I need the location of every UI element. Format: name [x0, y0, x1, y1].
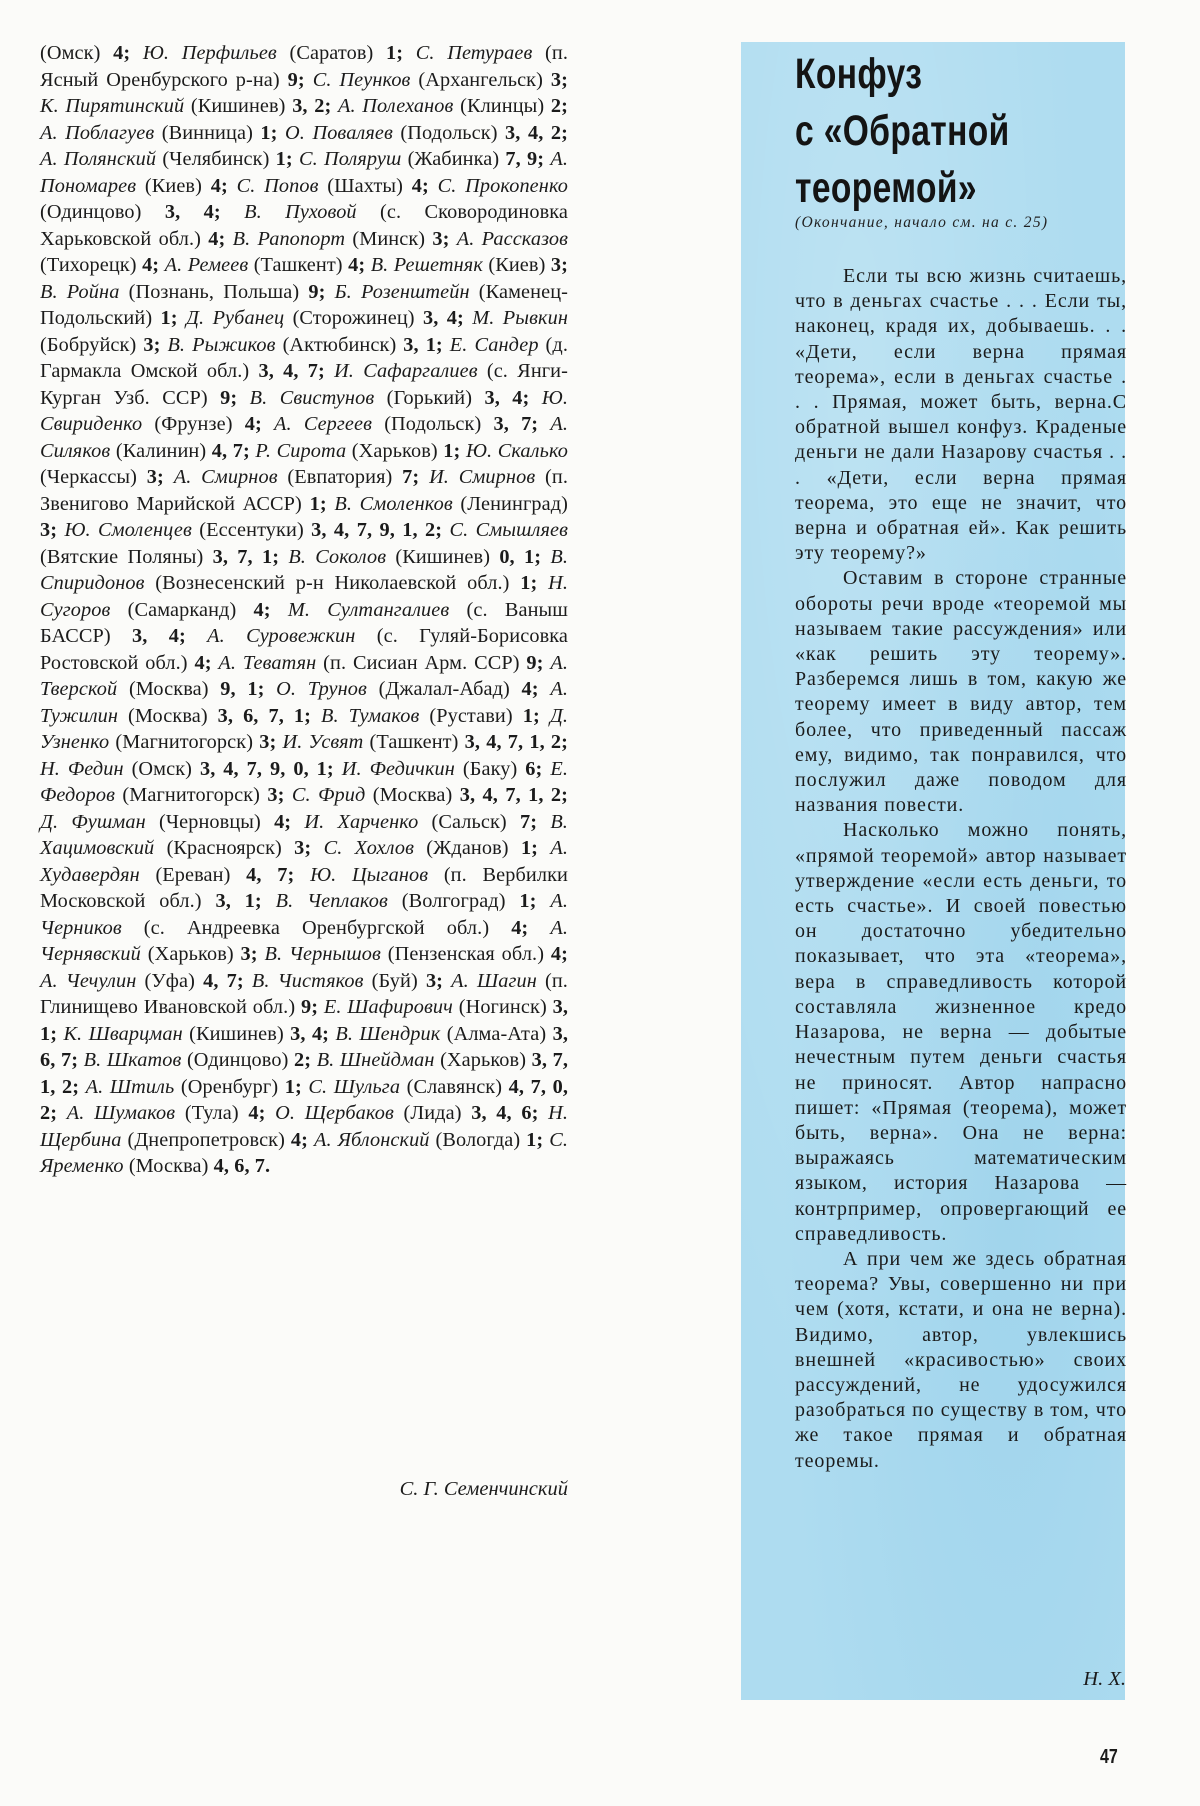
solver-name: Ю. Смоленцев	[64, 519, 199, 541]
solver-place: (Ногинск)	[459, 996, 553, 1018]
solver-name: Ю. Перфильев	[143, 42, 290, 64]
solver-name: С. Прокопенко	[438, 175, 568, 197]
solver-entry: А. Шумаков (Тула) 4;	[67, 1102, 266, 1124]
solver-place: (Ереван)	[155, 864, 246, 886]
solver-entry: О. Поваляев (Подольск) 3, 4, 2;	[285, 122, 568, 144]
solver-problems: 1;	[521, 837, 538, 859]
solver-problems: 3;	[432, 228, 449, 250]
solver-place: (Тихорецк)	[40, 254, 142, 276]
article-author: Н. Х.	[960, 1668, 1126, 1691]
solver-place: (Вологда)	[436, 1129, 527, 1151]
solver-place: (Киев)	[145, 175, 211, 197]
article-subtitle: (Окончание, начало см. на с. 25)	[795, 214, 1125, 232]
solver-name: А. Рассказов	[457, 228, 568, 250]
solver-name: С. Петураев	[416, 42, 545, 64]
solvers-paragraph: (Омск) 4; Ю. Перфильев (Саратов) 1; С. П…	[40, 40, 568, 1180]
solver-place: (Архангельск)	[418, 69, 551, 91]
solver-name: В. Чистяков	[252, 970, 372, 992]
solver-place: (Горький)	[387, 387, 485, 409]
solver-place: (Черкассы)	[40, 466, 147, 488]
solver-problems: 9;	[288, 69, 305, 91]
solver-entry: Ю. Смоленцев (Ессентуки) 3, 4, 7, 9, 1, …	[64, 519, 442, 541]
solver-problems: 3, 1;	[403, 334, 443, 356]
solver-name: Н. Федин	[40, 758, 132, 780]
solver-problems: 3, 6, 7, 1;	[218, 705, 311, 727]
solver-entry: Д. Фушман (Черновцы) 4;	[40, 811, 291, 833]
solver-entry: В. Чеплаков (Волгоград) 1;	[276, 890, 537, 912]
solver-problems: 4;	[142, 254, 159, 276]
solver-problems: 4;	[194, 652, 211, 674]
solver-name: А. Ремеев	[165, 254, 254, 276]
solver-problems: 4;	[248, 1102, 265, 1124]
solver-problems: 3;	[40, 519, 57, 541]
solver-entry: В. Соколов (Кишинев) 0, 1;	[288, 546, 541, 568]
solver-place: (Жданов)	[426, 837, 521, 859]
solver-problems: 4;	[254, 599, 271, 621]
solver-entry: С. Пеунков (Архангельск) 3;	[313, 69, 568, 91]
solver-name: В. Соколов	[288, 546, 395, 568]
solver-problems: 1;	[523, 705, 540, 727]
solver-problems: 3, 4;	[484, 387, 529, 409]
solver-problems: 4;	[208, 228, 225, 250]
solver-problems: 3;	[551, 254, 568, 276]
solver-name: И. Смирнов	[429, 466, 545, 488]
solver-place: (Саратов)	[289, 42, 386, 64]
solver-entry: В. Рыжиков (Актюбинск) 3, 1;	[167, 334, 442, 356]
solver-name: В. Чеплаков	[276, 890, 402, 912]
solver-entry: И. Федичкин (Баку) 6;	[342, 758, 543, 780]
solver-place: (Фрунзе)	[154, 413, 244, 435]
solver-problems: 7;	[520, 811, 537, 833]
solver-name: Е. Сандер	[450, 334, 546, 356]
solver-place: (Кишинев)	[395, 546, 499, 568]
solver-name: И. Усвят	[282, 731, 369, 753]
solver-place: (Вятские Поляны)	[40, 546, 213, 568]
solver-entry: С. Поляруш (Жабинка) 7, 9;	[299, 148, 544, 170]
solver-place: (Магнитогорск)	[122, 784, 267, 806]
solver-name: Б. Розенштейн	[335, 281, 479, 303]
solver-place: (Познань, Польша)	[129, 281, 309, 303]
solver-place: (Красноярск)	[167, 837, 295, 859]
solver-name: А. Полеханов	[338, 95, 460, 117]
solver-name: А. Шагин	[451, 970, 545, 992]
solver-entry: К. Пирятинский (Кишинев) 3, 2;	[40, 95, 331, 117]
solver-problems: 0, 1;	[499, 546, 541, 568]
solver-place: (Ташкент)	[370, 731, 465, 753]
solver-entry: Ю. Перфильев (Саратов) 1;	[143, 42, 403, 64]
solver-place: (Минск)	[352, 228, 432, 250]
solver-entry: В. Чернышов (Пензенская обл.) 4;	[264, 943, 568, 965]
solver-entry: А. Чечулин (Уфа) 4, 7;	[40, 970, 244, 992]
article-body: Если ты всю жизнь считаешь, что в деньга…	[795, 264, 1127, 1474]
solver-name: Ю. Скалько	[466, 440, 568, 462]
solver-name: В. Шендрик	[335, 1023, 446, 1045]
solver-problems: 2;	[551, 95, 568, 117]
solver-name: Ю. Цыганов	[310, 864, 444, 886]
solver-problems: 3, 4, 7, 1, 2;	[465, 731, 568, 753]
solver-entry: И. Харченко (Сальск) 7;	[304, 811, 537, 833]
solver-name: В. Шкатов	[84, 1049, 187, 1071]
solver-problems: 3;	[143, 334, 160, 356]
solver-place: (Черновцы)	[159, 811, 274, 833]
solver-problems: 3, 7;	[494, 413, 539, 435]
solver-place: (Евпатория)	[287, 466, 402, 488]
solver-problems: 9;	[526, 652, 543, 674]
solver-name: С. Поляруш	[299, 148, 408, 170]
solver-place: (Рустави)	[429, 705, 522, 727]
solver-place: (Волгоград)	[402, 890, 520, 912]
solver-problems: 1;	[519, 890, 536, 912]
solver-name: М. Султангалиев	[288, 599, 467, 621]
solver-problems: 4;	[522, 678, 539, 700]
solver-place: (Пензенская обл.)	[388, 943, 551, 965]
solver-problems: 1;	[276, 148, 293, 170]
solver-problems: 3, 4;	[165, 201, 221, 223]
solver-entry: В. Решетняк (Киев) 3;	[371, 254, 568, 276]
solver-place: (Москва)	[373, 784, 460, 806]
solver-name: А. Сергеев	[274, 413, 384, 435]
solver-entry: В. Свистунов (Горький) 3, 4;	[250, 387, 530, 409]
solver-place: (Сторожинец)	[293, 307, 423, 329]
solver-name: А. Теватян	[218, 652, 323, 674]
solver-name: В. Чернышов	[264, 943, 387, 965]
solver-place: (Днепропетровск)	[127, 1129, 290, 1151]
solver-name: И. Сафаргалиев	[334, 360, 487, 382]
solver-name: А. Яблонский	[314, 1129, 436, 1151]
solver-problems: 3, 4, 6;	[471, 1102, 538, 1124]
solver-name: К. Шварцман	[63, 1023, 189, 1045]
solver-place: (Киев)	[488, 254, 551, 276]
solver-problems: 4;	[291, 1129, 308, 1151]
solvers-list: (Омск) 4; Ю. Перфильев (Саратов) 1; С. П…	[40, 40, 568, 1180]
solver-problems: 1;	[285, 1076, 302, 1098]
solver-entry: И. Усвят (Ташкент) 3, 4, 7, 1, 2;	[282, 731, 568, 753]
solver-place: (Омск)	[40, 42, 113, 64]
solver-place: (Ессентуки)	[199, 519, 311, 541]
solver-place: (Подольск)	[384, 413, 493, 435]
solver-entry: В. Ройна (Познань, Польша) 9;	[40, 281, 325, 303]
solver-entry: К. Шварцман (Кишинев) 3, 4;	[63, 1023, 329, 1045]
solver-place: (Уфа)	[144, 970, 203, 992]
solver-entry: С. Попов (Шахты) 4;	[237, 175, 429, 197]
solver-name: С. Хохлов	[324, 837, 427, 859]
solver-place: (п. Сисиан Арм. ССР)	[323, 652, 526, 674]
solver-entry: А. Смирнов (Евпатория) 7;	[174, 466, 420, 488]
solver-place: (Челябинск)	[162, 148, 275, 170]
article-title-line: с «Обратной	[795, 103, 1045, 160]
solver-problems: 1;	[161, 307, 178, 329]
solver-problems: 3, 4, 7, 9, 0, 1;	[200, 758, 334, 780]
solver-problems: 3, 4;	[132, 625, 186, 647]
solver-problems: 7;	[402, 466, 419, 488]
solver-place: (Шахты)	[327, 175, 412, 197]
solver-entry: В. Чистяков (Буй) 3;	[252, 970, 443, 992]
solver-problems: 9;	[301, 996, 318, 1018]
solver-problems: 4, 7;	[203, 970, 244, 992]
solver-name: К. Пирятинский	[40, 95, 191, 117]
solver-problems: 1;	[310, 493, 327, 515]
article-title-line: теоремой»	[795, 160, 1045, 217]
solver-place: (Омск)	[132, 758, 200, 780]
solver-entry: Н. Федин (Омск) 3, 4, 7, 9, 0, 1;	[40, 758, 334, 780]
solver-problems: 3;	[551, 69, 568, 91]
solver-place: (Жабинка)	[408, 148, 506, 170]
solver-name: В. Шнейдман	[317, 1049, 440, 1071]
solver-place: (Самарканд)	[128, 599, 254, 621]
page-number: 47	[1100, 1746, 1118, 1769]
solver-entry: О. Щербаков (Лида) 3, 4, 6;	[275, 1102, 538, 1124]
solver-name: В. Тумаков	[321, 705, 429, 727]
solver-problems: 4;	[113, 42, 130, 64]
solver-name: С. Попов	[237, 175, 328, 197]
solver-place: (Буй)	[372, 970, 426, 992]
solver-place: (Сальск)	[432, 811, 520, 833]
solver-place: (Ташкент)	[254, 254, 348, 276]
article-title: Конфуз с «Обратной теоремой»	[795, 46, 1045, 217]
solver-name: Д. Рубанец	[186, 307, 293, 329]
solver-entry: С. Фрид (Москва) 3, 4, 7, 1, 2;	[292, 784, 568, 806]
solver-problems: 4;	[551, 943, 568, 965]
solver-problems: 4;	[348, 254, 365, 276]
solver-place: (Ленинград)	[460, 493, 568, 515]
solver-entry: В. Шкатов (Одинцово) 2;	[84, 1049, 311, 1071]
solver-place: (Харьков)	[352, 440, 444, 462]
solver-problems: 4;	[211, 175, 228, 197]
solver-place: (Одинцово)	[40, 201, 165, 223]
solver-problems: 1;	[443, 440, 460, 462]
solver-name: С. Пеунков	[313, 69, 419, 91]
solver-place: (Славянск)	[407, 1076, 509, 1098]
solver-place: (Магнитогорск)	[115, 731, 259, 753]
solver-problems: 1;	[386, 42, 403, 64]
solver-entry: Р. Сирота (Харьков) 1;	[255, 440, 460, 462]
solver-entry: (Омск) 4;	[40, 42, 130, 64]
article-paragraph: А при чем же здесь обратная теорема? Увы…	[795, 1247, 1127, 1474]
solver-name: С. Шульга	[308, 1076, 406, 1098]
solver-problems: 6;	[525, 758, 542, 780]
solver-name: О. Щербаков	[275, 1102, 403, 1124]
solver-place: (Москва)	[129, 678, 220, 700]
solver-name: Е. Шафирович	[324, 996, 459, 1018]
solver-problems: 9;	[308, 281, 325, 303]
solver-entry: А. Поблагуев (Винница) 1;	[40, 122, 278, 144]
solver-place: (Лида)	[404, 1102, 472, 1124]
solver-entry: С. Хохлов (Жданов) 1;	[324, 837, 538, 859]
solver-name: А. Штиль	[86, 1076, 181, 1098]
solver-entry: В. Тумаков (Рустави) 1;	[321, 705, 540, 727]
solver-name: С. Смышляев	[449, 519, 568, 541]
solver-problems: 3, 1;	[215, 890, 261, 912]
solver-name: И. Харченко	[304, 811, 431, 833]
solver-name: О. Трунов	[276, 678, 379, 700]
solver-entry: Д. Рубанец (Сторожинец) 3, 4;	[186, 307, 464, 329]
solver-problems: 3, 4, 7;	[258, 360, 324, 382]
solver-name: А. Суровежкин	[207, 625, 377, 647]
solver-problems: 4;	[245, 413, 262, 435]
solver-problems: 3, 4, 7, 9, 1, 2;	[311, 519, 442, 541]
solver-name: А. Шумаков	[67, 1102, 185, 1124]
solver-name: О. Поваляев	[285, 122, 400, 144]
solver-problems: 4, 6, 7.	[214, 1155, 271, 1177]
solver-problems: 3, 4;	[290, 1023, 329, 1045]
solver-entry: О. Трунов (Джалал-Абад) 4;	[276, 678, 539, 700]
solver-name: В. Ройна	[40, 281, 129, 303]
solver-problems: 3, 7, 1;	[213, 546, 279, 568]
solver-place: (Москва)	[128, 705, 218, 727]
solver-problems: 4, 7;	[246, 864, 294, 886]
solver-place: (Калинин)	[116, 440, 212, 462]
solver-problems: 7, 9;	[505, 148, 544, 170]
solver-name: В. Свистунов	[250, 387, 387, 409]
solver-name: А. Полянский	[40, 148, 162, 170]
solver-name: В. Смоленков	[334, 493, 460, 515]
solver-entry: А. Яблонский (Вологда) 1;	[314, 1129, 543, 1151]
solver-problems: 9, 1;	[220, 678, 264, 700]
solver-entry: А. Сергеев (Подольск) 3, 7;	[274, 413, 538, 435]
solver-name: М. Рывкин	[472, 307, 568, 329]
solver-place: (Джалал-Абад)	[379, 678, 522, 700]
solver-name: В. Рыжиков	[167, 334, 282, 356]
solver-place: (Вознесенский р-н Николаевской обл.)	[155, 572, 520, 594]
solver-problems: 3, 4, 7, 1, 2;	[460, 784, 568, 806]
solver-place: (Подольск)	[400, 122, 505, 144]
solver-place: (Кишинев)	[189, 1023, 290, 1045]
solver-name: И. Федичкин	[342, 758, 463, 780]
solver-problems: 1;	[260, 122, 277, 144]
solver-place: (Бобруйск)	[40, 334, 143, 356]
solver-place: (Москва)	[129, 1155, 214, 1177]
solver-problems: 4;	[511, 917, 528, 939]
solver-entry: А. Полянский (Челябинск) 1;	[40, 148, 293, 170]
solver-problems: 4;	[412, 175, 429, 197]
solver-place: (Баку)	[463, 758, 525, 780]
article-title-line: Конфуз	[795, 46, 1045, 103]
solver-problems: 3, 2;	[292, 95, 331, 117]
solver-place: (Тула)	[185, 1102, 249, 1124]
solver-entry: А. Ремеев (Ташкент) 4;	[165, 254, 366, 276]
article-paragraph: Если ты всю жизнь считаешь, что в деньга…	[795, 264, 1127, 566]
solver-problems: 2;	[294, 1049, 311, 1071]
solver-problems: 3;	[294, 837, 311, 859]
solver-name: С. Фрид	[292, 784, 373, 806]
solver-problems: 4;	[274, 811, 291, 833]
solver-place: (Клинцы)	[460, 95, 551, 117]
list-signature: С. Г. Семенчинский	[300, 1478, 568, 1501]
solver-entry: А. Теватян (п. Сисиан Арм. ССР) 9;	[218, 652, 543, 674]
solver-problems: 1;	[526, 1129, 543, 1151]
solver-name: Д. Фушман	[40, 811, 159, 833]
solver-name: В. Рапопорт	[233, 228, 353, 250]
solver-name: А. Смирнов	[174, 466, 288, 488]
solver-problems: 3, 4;	[423, 307, 464, 329]
solver-name: В. Пуховой	[244, 201, 380, 223]
solver-place: (Харьков)	[148, 943, 241, 965]
solver-place: (Кишинев)	[191, 95, 292, 117]
solver-entry: А. Штиль (Оренбург) 1;	[86, 1076, 302, 1098]
solver-place: (Винница)	[162, 122, 261, 144]
solver-problems: 3;	[426, 970, 443, 992]
solver-problems: 3;	[241, 943, 258, 965]
solver-entry: В. Рапопорт (Минск) 3;	[233, 228, 450, 250]
solver-problems: 1;	[520, 572, 537, 594]
solver-name: А. Чечулин	[40, 970, 144, 992]
solver-problems: 4, 7;	[212, 440, 250, 462]
article-paragraph: Насколько можно понять, «прямой теоремой…	[795, 818, 1127, 1246]
solver-place: (Актюбинск)	[283, 334, 404, 356]
solver-place: (Алма-Ата)	[447, 1023, 553, 1045]
solver-entry: А. Полеханов (Клинцы) 2;	[338, 95, 568, 117]
solver-problems: 9;	[220, 387, 237, 409]
solver-problems: 3, 4, 2;	[505, 122, 568, 144]
solver-place: (Харьков)	[440, 1049, 532, 1071]
solver-place: (с. Андреевка Оренбургской обл.)	[144, 917, 511, 939]
article-paragraph: Оставим в стороне странные обороты речи …	[795, 566, 1127, 818]
solver-name: А. Поблагуев	[40, 122, 162, 144]
solver-place: (Оренбург)	[181, 1076, 285, 1098]
solver-name: Р. Сирота	[255, 440, 351, 462]
solver-problems: 3;	[147, 466, 164, 488]
solver-place: (Одинцово)	[187, 1049, 294, 1071]
solver-problems: 3;	[259, 731, 276, 753]
solver-problems: 3;	[267, 784, 284, 806]
solver-name: В. Решетняк	[371, 254, 489, 276]
